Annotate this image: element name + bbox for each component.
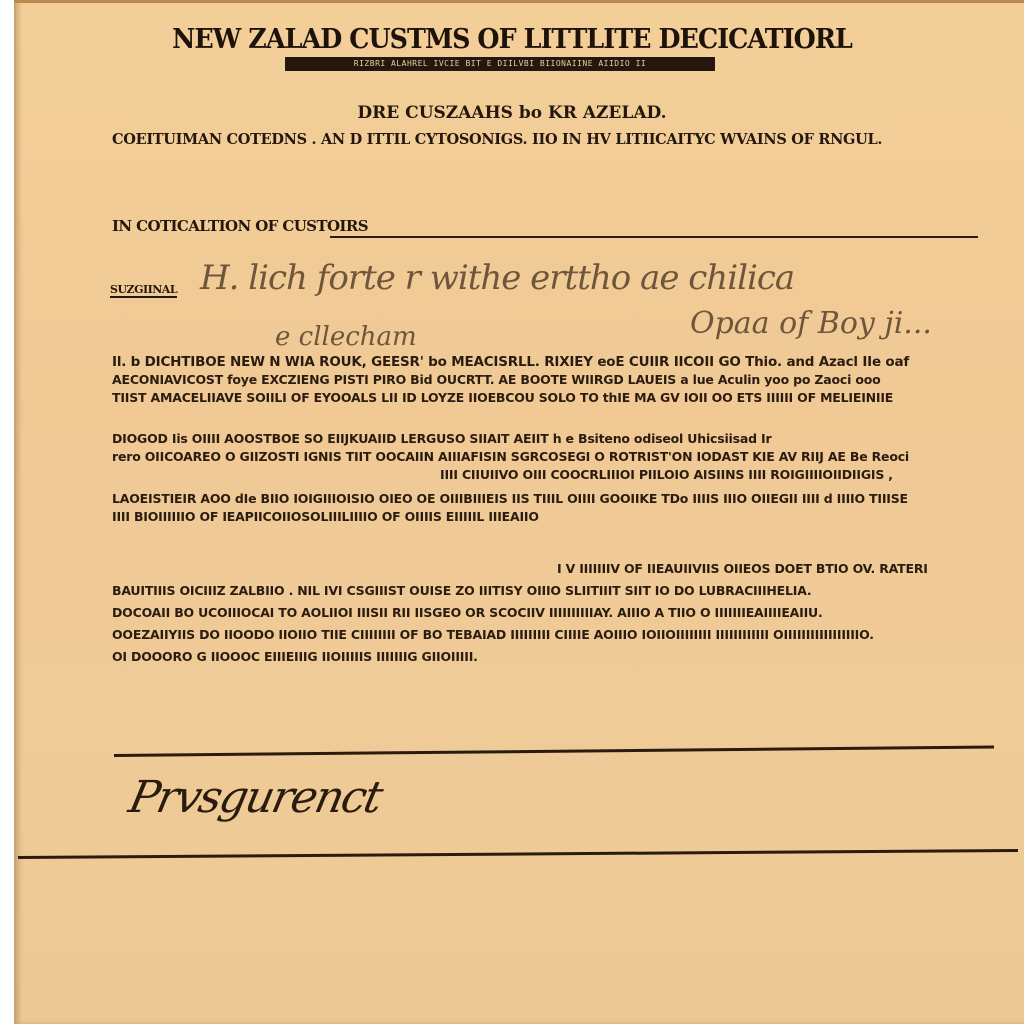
paragraph-line: rero OIICOAREO O GIIZOSTI IGNIS TIIT OOC… (112, 448, 909, 466)
document-subheading: COEITUIMAN COTEDNS . AN D ITTIL CYTOSONI… (112, 131, 962, 148)
document-subtitle: DRE CUSZAAHS bo KR AZELAD. (0, 103, 1024, 123)
paragraph-line: LAOEISTIEIR AOO dIe BIIO IOIGIIIOISIO OI… (112, 490, 909, 508)
paragraph-line: AECONIAVICOST foye EXCZIENG PISTI PIRO B… (112, 371, 909, 389)
field-label: SUZGIINAL (110, 283, 177, 298)
handwritten-entry-line-2: e cllecham (275, 322, 417, 352)
page-top-edge (14, 0, 1024, 3)
body-paragraph-1: Il. b DICHTIBOE NEW N WIA ROUK, GEESR' b… (112, 353, 909, 407)
signature: Prvsgurenct (125, 772, 386, 823)
section-rule (330, 236, 978, 238)
title-banner: RIZBRI ALAHREL IVCIE BIT E DIILVBI BIION… (285, 57, 715, 71)
paragraph-line: DIOGOD Iis OIIII AOOSTBOE SO EIIJKUAIID … (112, 430, 909, 448)
paragraph-line: IIII CIIUIIVO OIII COOCRLIIIOI PIILOIO A… (112, 466, 909, 484)
paragraph-line: IIII BIOIIIIIIO OF IEAPIICOIIOSOLIIILIII… (112, 508, 909, 526)
handwritten-entry-line-1: H. lich forte r withe erttho ae chilica (200, 258, 794, 298)
paragraph-line: TIIST AMACELIIAVE SOIILI OF EYOOALS LII … (112, 389, 909, 407)
paragraph-line: OOEZAIIYIIS DO IIOODO IIOIIO TIIE CIIIII… (112, 624, 928, 646)
paragraph-line: DOCOAII BO UCOIIIOCAI TO AOLIIOI IIISII … (112, 602, 928, 624)
paragraph-line: BAUITIIIS OICIIIZ ZALBIIO . NIL IVI CSGI… (112, 580, 928, 602)
document-title: NEW ZALAD CUSTMS OF LITTLITE DECICATIORL (31, 24, 994, 55)
body-paragraph-2: DIOGOD Iis OIIII AOOSTBOE SO EIIJKUAIID … (112, 430, 909, 526)
paragraph-line: Il. b DICHTIBOE NEW N WIA ROUK, GEESR' b… (112, 353, 909, 371)
paragraph-line: OI DOOORO G IIOOOC EIIIEIIIG IIOIIIIIS I… (112, 646, 928, 668)
paragraph-line: I V IIIIIIIV OF IIEAUIIVIIS OIIEOS DOET … (112, 558, 928, 580)
handwritten-entry-line-3: Opaa of Boy ji... (690, 306, 932, 341)
body-paragraph-3: I V IIIIIIIV OF IIEAUIIVIIS OIIEOS DOET … (112, 558, 928, 668)
section-heading: IN COTICALTION OF CUSTOIRS (112, 217, 368, 235)
